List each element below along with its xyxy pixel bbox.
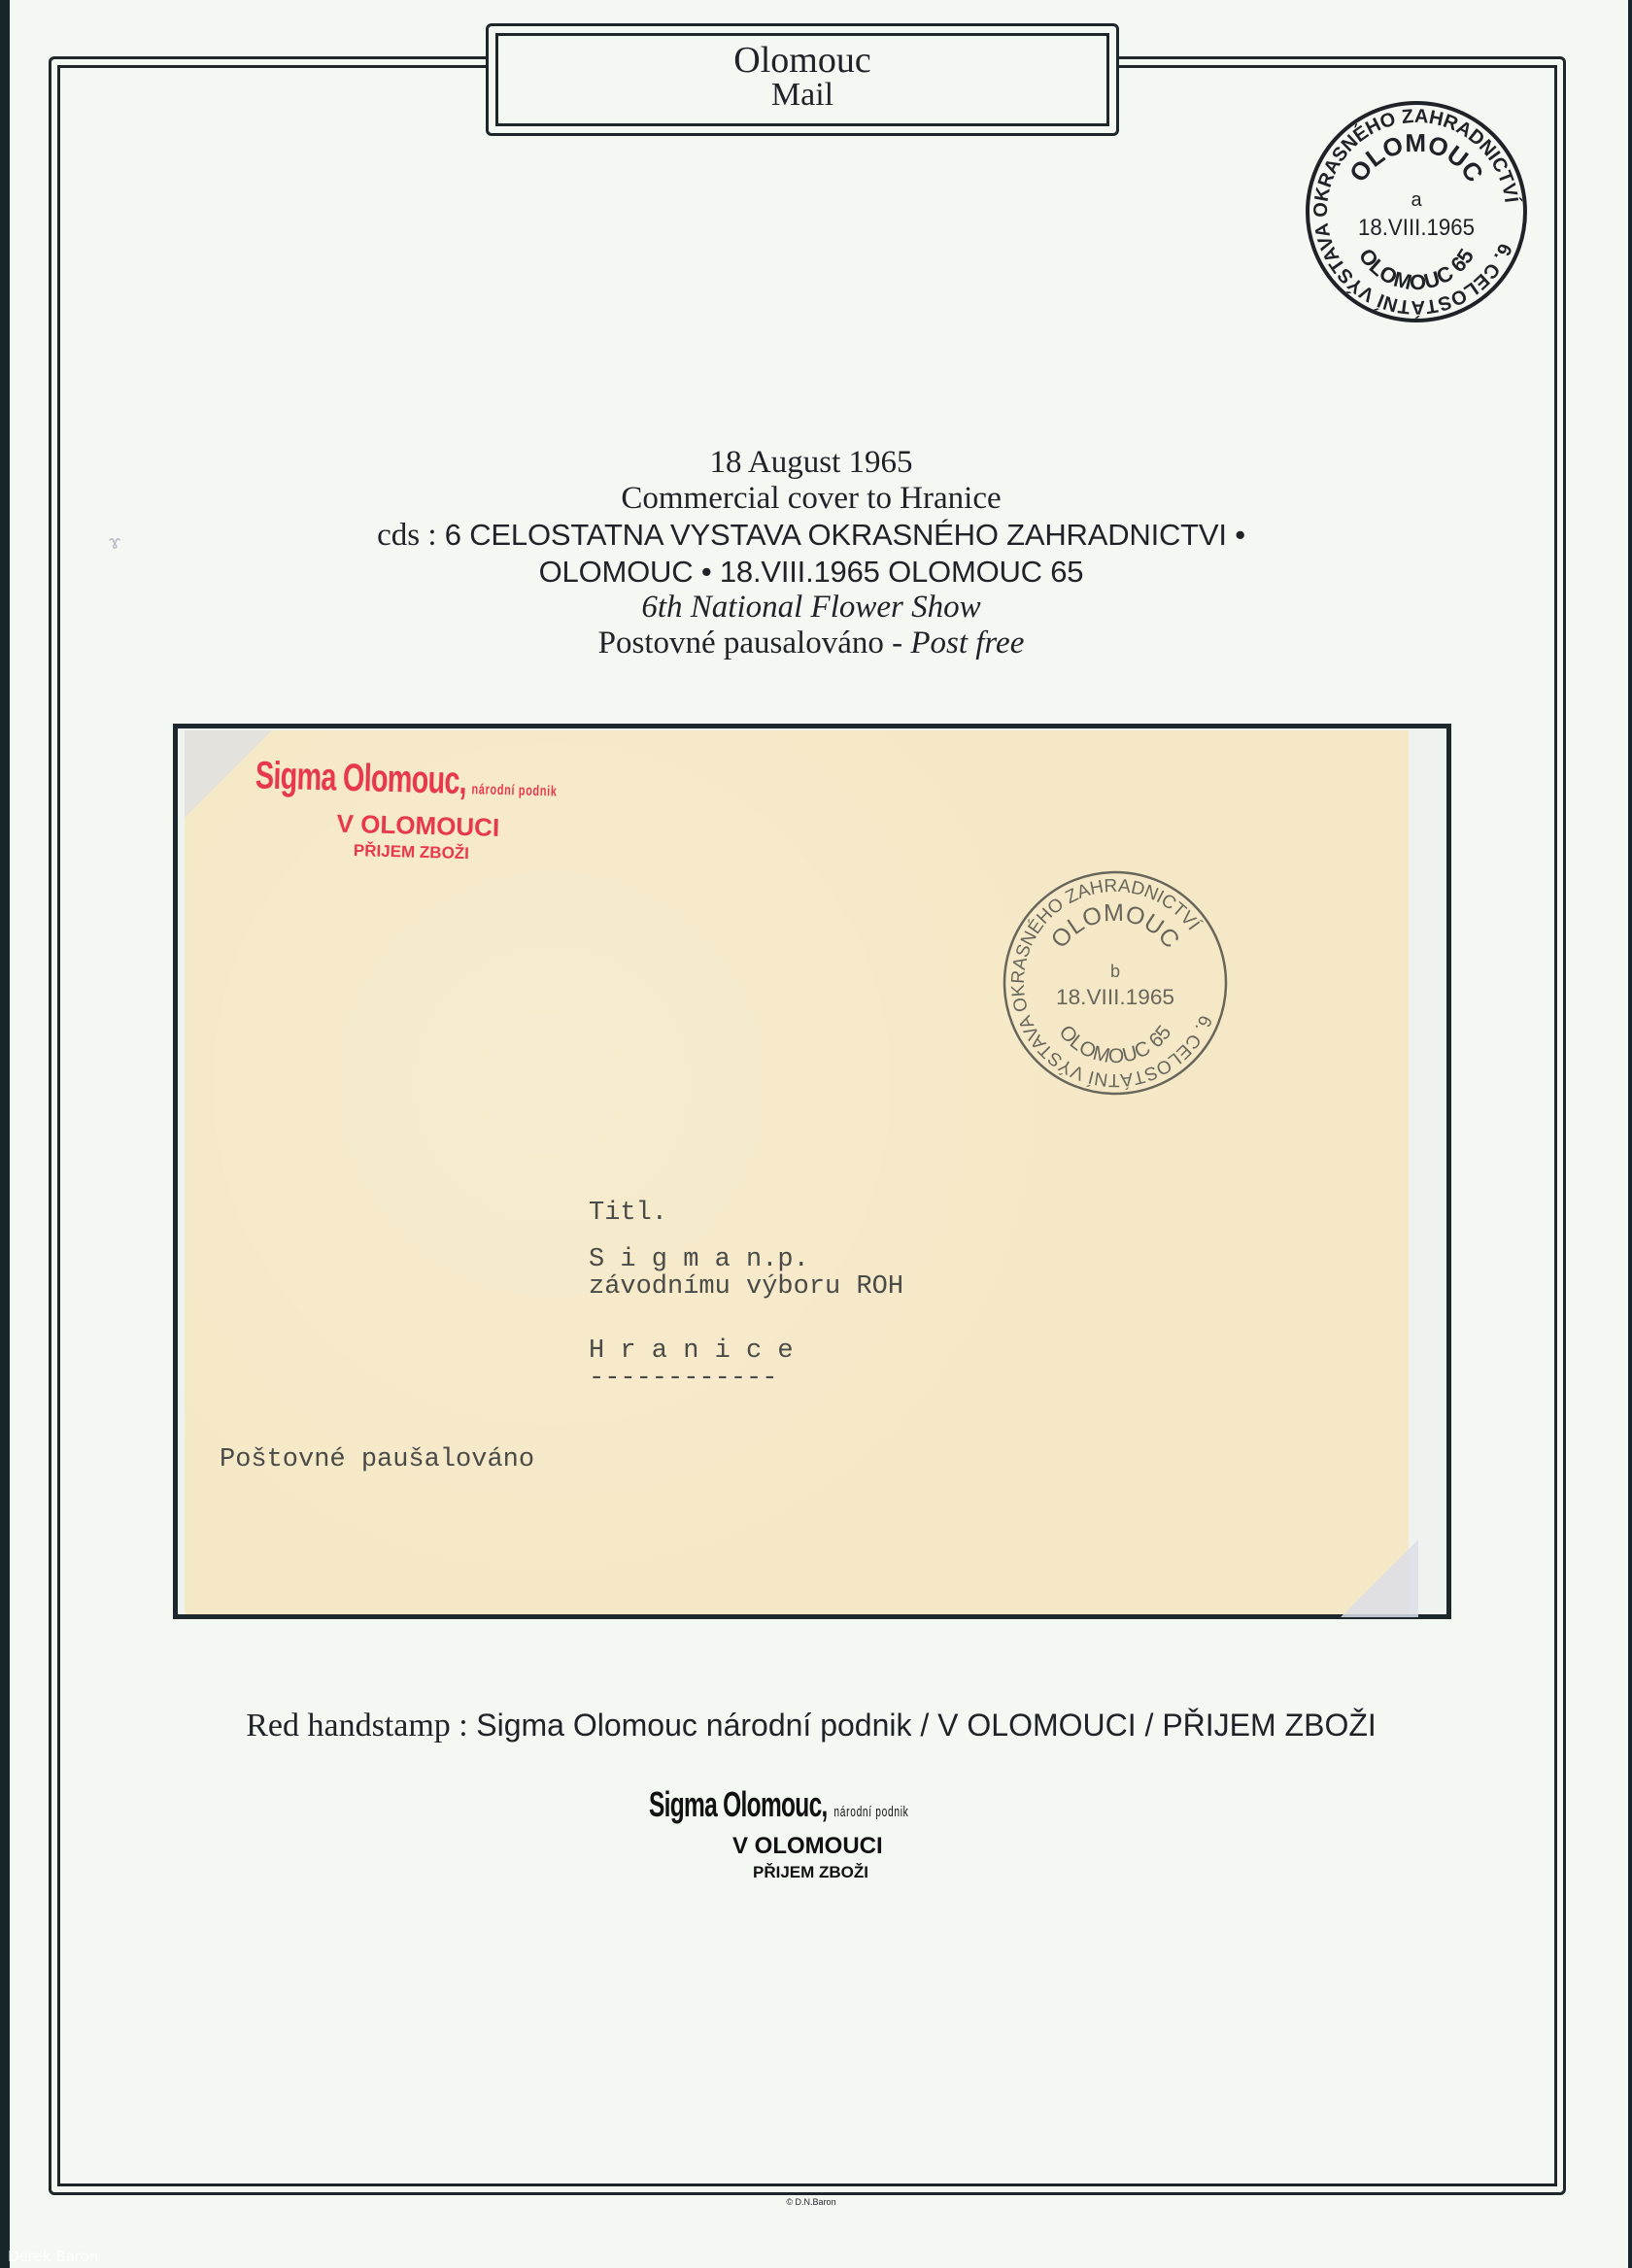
title-box: Olomouc Mail bbox=[495, 33, 1109, 126]
translation: 6th National Flower Show bbox=[58, 590, 1564, 626]
cover-date: 18 August 1965 bbox=[58, 445, 1564, 481]
cds-text-2: OLOMOUC • 18.VIII.1965 OLOMOUC 65 bbox=[58, 554, 1564, 590]
copyright: © D.N.Baron bbox=[58, 2197, 1564, 2207]
scan-edge-left bbox=[0, 0, 10, 2268]
cover-postmark-icon: 6. CELOSTÁTNÍ VÝSTAVA OKRASNÉHO ZAHRADNI… bbox=[999, 866, 1232, 1100]
watermark: Derek Baron bbox=[8, 2248, 98, 2265]
cds-text-1: 6 CELOSTATNA VYSTAVA OKRASNÉHO ZAHRADNIC… bbox=[445, 518, 1245, 552]
page-subtitle: Mail bbox=[498, 79, 1106, 112]
repro-small: národní podnik bbox=[833, 1804, 908, 1820]
postage-note: Poštovné paušalováno bbox=[220, 1445, 534, 1474]
postage-czech: Postovné pausalováno - bbox=[598, 626, 911, 660]
cds-line-1: cds : 6 CELOSTATNA VYSTAVA OKRASNÉHO ZAH… bbox=[58, 517, 1564, 554]
red-stamp-main: Sigma Olomouc, bbox=[255, 754, 466, 802]
cds-label: cds : bbox=[377, 518, 445, 553]
mount-corner-bottom-right bbox=[1341, 1540, 1418, 1617]
envelope bbox=[185, 730, 1409, 1614]
cover-postmark-letter: b bbox=[1110, 962, 1120, 981]
postmark-icon: 6. CELOSTÁTNÍ VÝSTAVA OKRASNÉHO ZAHRADNI… bbox=[1302, 97, 1531, 326]
caption: Red handstamp : Sigma Olomouc národní po… bbox=[58, 1708, 1564, 1744]
postmark-letter: a bbox=[1411, 189, 1422, 211]
red-handstamp: Sigma Olomouc,národní podnik V OLOMOUCI … bbox=[254, 754, 676, 870]
postage-line: Postovné pausalováno - Post free bbox=[58, 626, 1564, 661]
postage-english: Post free bbox=[910, 626, 1024, 660]
caption-value: Sigma Olomouc národní podnik / V OLOMOUC… bbox=[476, 1708, 1377, 1743]
cover-subtitle: Commercial cover to Hranice bbox=[58, 481, 1564, 517]
caption-label: Red handstamp : bbox=[246, 1708, 476, 1743]
address-line-2: S i g m a n.p. bbox=[589, 1245, 809, 1274]
handstamp-reproduction: Sigma Olomouc,národní podnik V OLOMOUCI … bbox=[649, 1785, 1031, 1884]
repro-main: Sigma Olomouc, bbox=[649, 1784, 828, 1824]
address-line-1: Titl. bbox=[589, 1199, 667, 1228]
repro-line2: V OLOMOUCI bbox=[732, 1832, 1031, 1861]
cover-postmark-date: 18.VIII.1965 bbox=[1056, 985, 1174, 1009]
postmark-date: 18.VIII.1965 bbox=[1358, 215, 1475, 241]
red-stamp-small: národní podnik bbox=[471, 781, 557, 799]
scan-edge-right bbox=[1628, 0, 1632, 2268]
address-city: H r a n i c e bbox=[589, 1337, 794, 1366]
repro-line3: PŘIJEM ZBOŽI bbox=[753, 1861, 1031, 1884]
address-line-3: závodnímu výboru ROH bbox=[589, 1272, 903, 1302]
description-block: 18 August 1965 Commercial cover to Hrani… bbox=[58, 445, 1564, 661]
page-title: Olomouc bbox=[498, 42, 1106, 79]
address-underline: ------------ bbox=[589, 1364, 777, 1393]
